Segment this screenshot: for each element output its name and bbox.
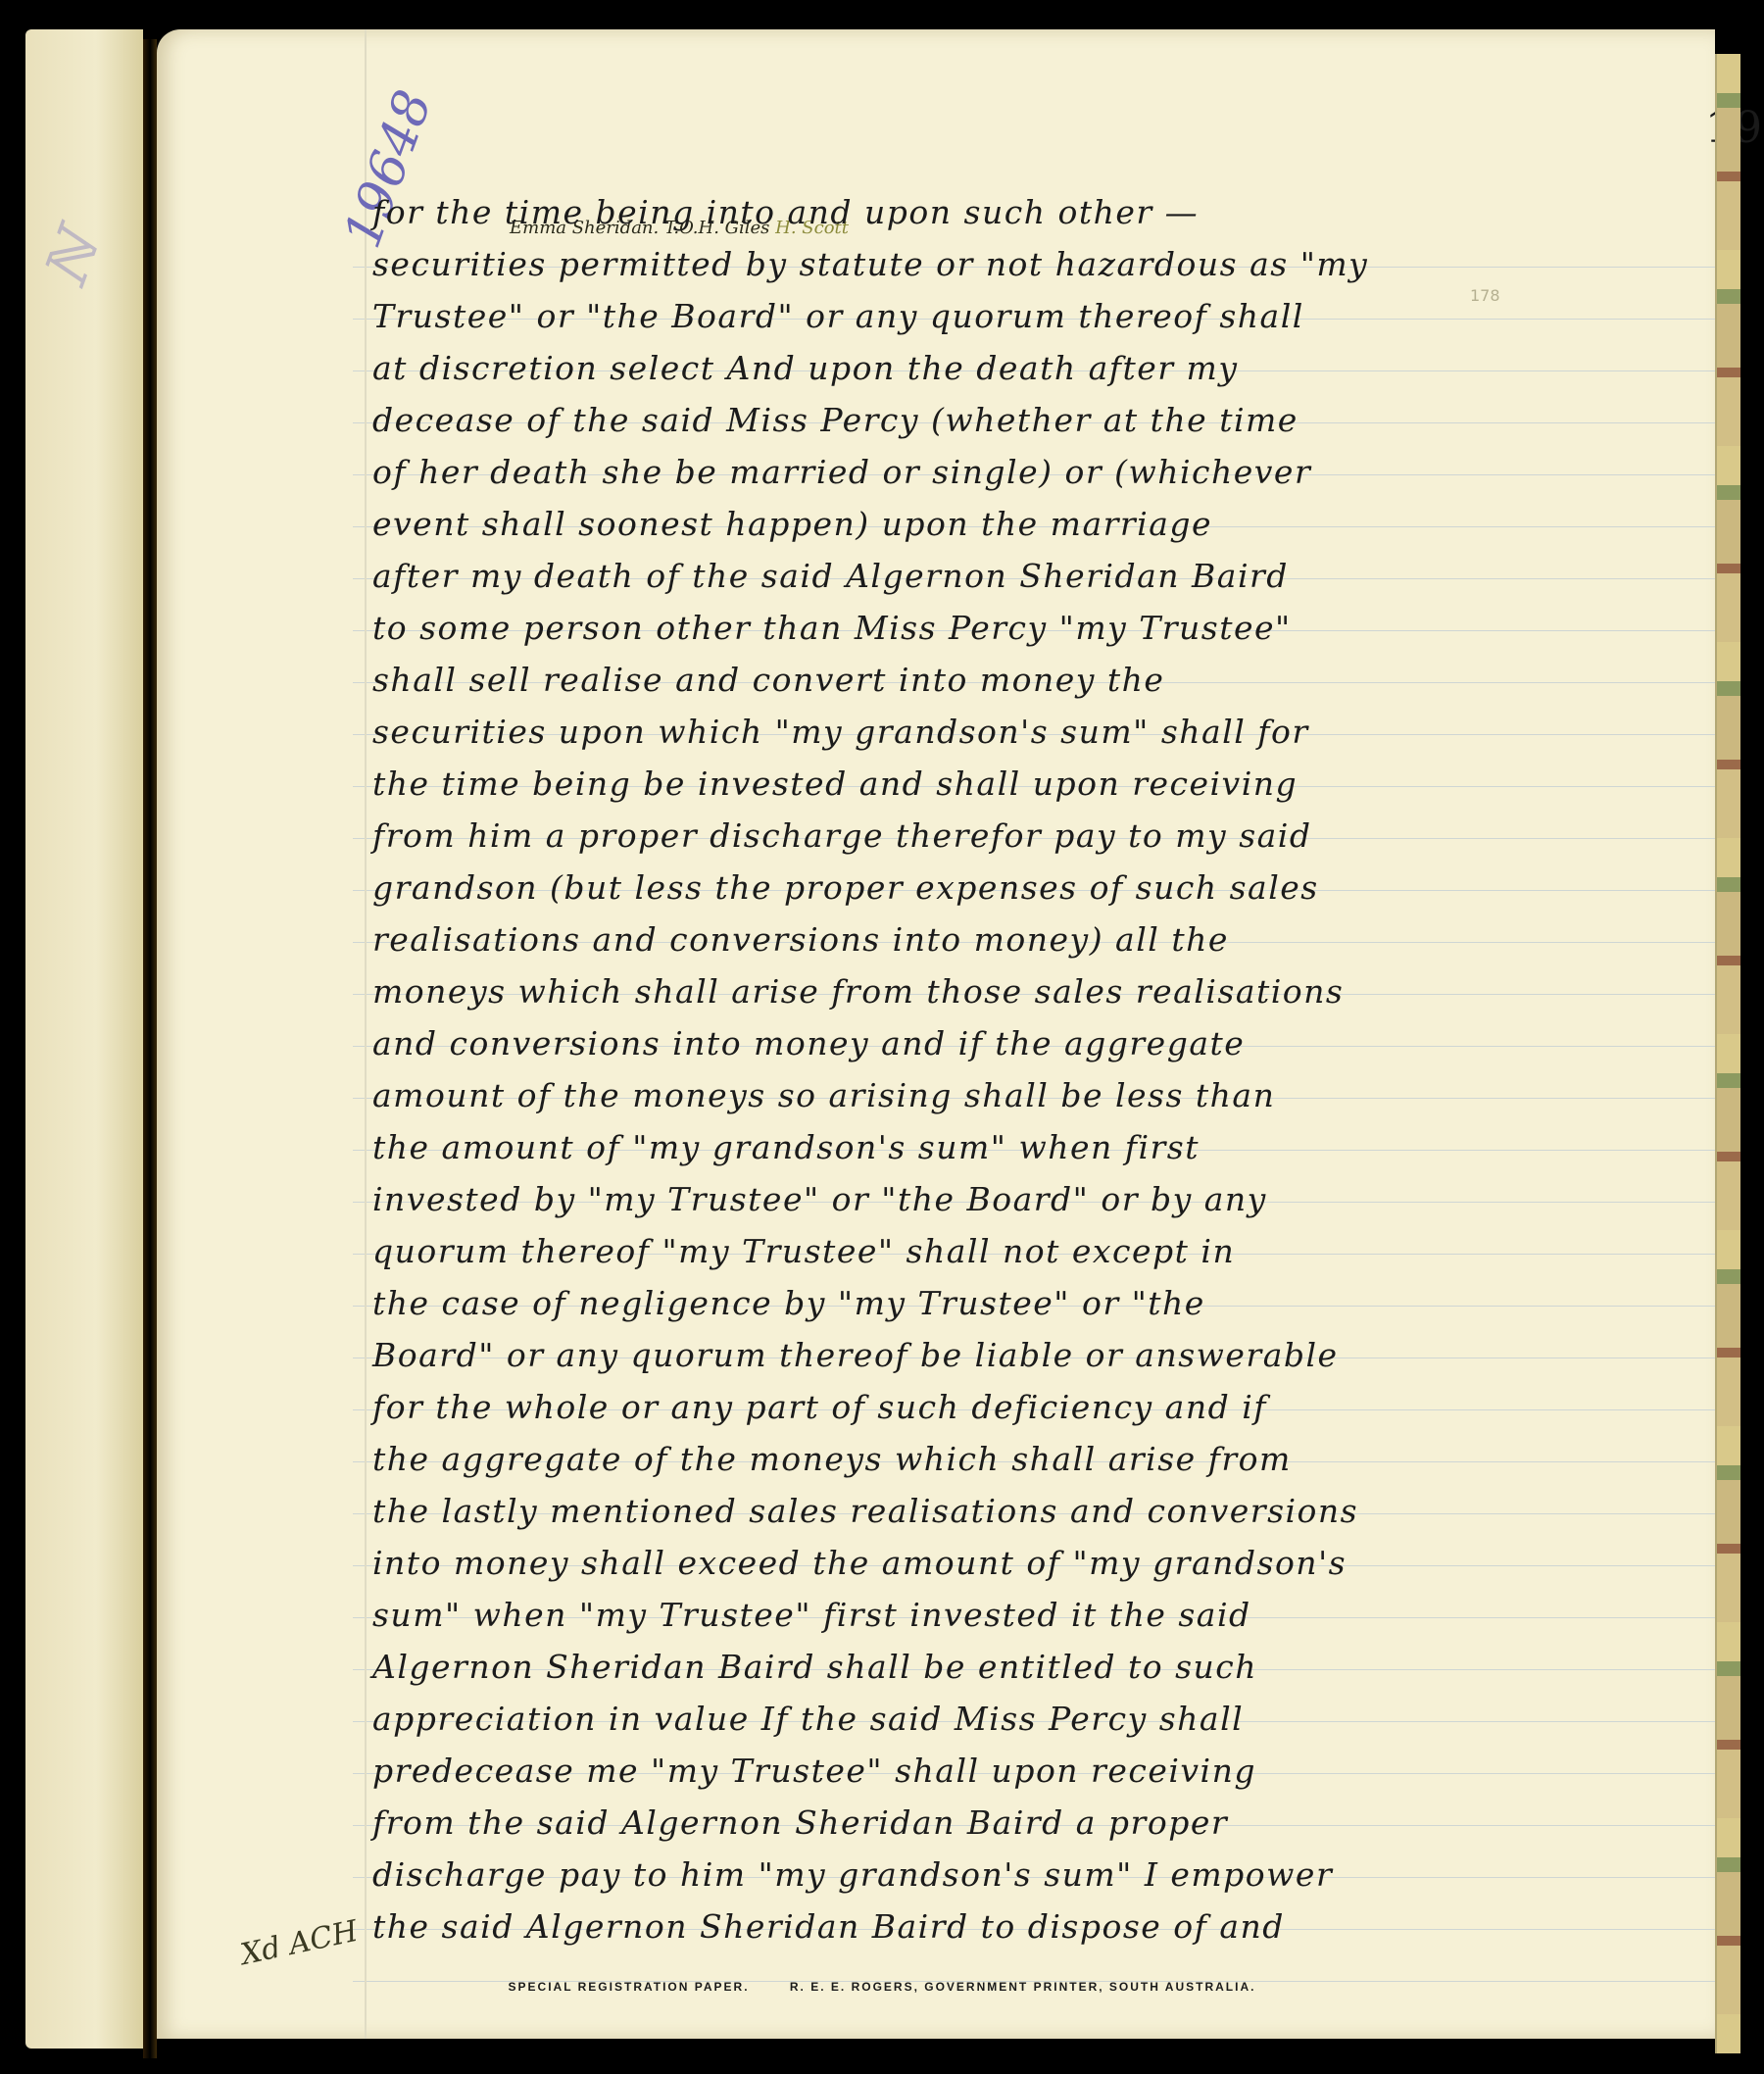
text-line: the aggregate of the moneys which shall … xyxy=(372,1433,1529,1485)
text-line: the lastly mentioned sales realisations … xyxy=(372,1485,1529,1537)
text-line: Board" or any quorum thereof be liable o… xyxy=(372,1329,1529,1381)
text-line: the said Algernon Sheridan Baird to disp… xyxy=(372,1901,1529,1952)
text-line: shall sell realise and convert into mone… xyxy=(372,654,1529,706)
text-line: amount of the moneys so arising shall be… xyxy=(372,1069,1529,1121)
text-line: quorum thereof "my Trustee" shall not ex… xyxy=(372,1225,1529,1277)
left-margin-rule xyxy=(365,29,367,2039)
ghost-margin-note: ℕ xyxy=(30,222,114,296)
text-line: sum" when "my Trustee" first invested it… xyxy=(372,1589,1529,1641)
text-line: predecease me "my Trustee" shall upon re… xyxy=(372,1745,1529,1797)
text-line: appreciation in value If the said Miss P… xyxy=(372,1693,1529,1745)
printer-footer: SPECIAL REGISTRATION PAPER. R. E. E. ROG… xyxy=(0,1980,1764,1994)
text-line: the amount of "my grandson's sum" when f… xyxy=(372,1121,1529,1173)
text-line: from the said Algernon Sheridan Baird a … xyxy=(372,1797,1529,1849)
text-line: of her death she be married or single) o… xyxy=(372,446,1529,498)
text-line: at discretion select And upon the death … xyxy=(372,342,1529,394)
text-line: Trustee" or "the Board" or any quorum th… xyxy=(372,290,1529,342)
text-line: discharge pay to him "my grandson's sum"… xyxy=(372,1849,1529,1901)
text-line: the time being be invested and shall upo… xyxy=(372,758,1529,810)
text-line: and conversions into money and if the ag… xyxy=(372,1017,1529,1069)
handwritten-text: for the time being into and upon such ot… xyxy=(372,186,1529,1952)
text-line: moneys which shall arise from those sale… xyxy=(372,965,1529,1017)
book-gutter xyxy=(143,39,157,2058)
facing-page: ℕ xyxy=(25,29,143,2049)
text-line: realisations and conversions into money)… xyxy=(372,914,1529,965)
page-edges xyxy=(1715,54,1740,2053)
footer-paper-label: SPECIAL REGISTRATION PAPER. xyxy=(509,1980,750,1994)
text-line: event shall soonest happen) upon the mar… xyxy=(372,498,1529,550)
text-line: invested by "my Trustee" or "the Board" … xyxy=(372,1173,1529,1225)
text-line: from him a proper discharge therefor pay… xyxy=(372,810,1529,862)
text-line: after my death of the said Algernon Sher… xyxy=(372,550,1529,602)
text-line: for the time being into and upon such ot… xyxy=(372,186,1529,238)
text-line: securities permitted by statute or not h… xyxy=(372,238,1529,290)
text-line: the case of negligence by "my Trustee" o… xyxy=(372,1277,1529,1329)
text-line: for the whole or any part of such defici… xyxy=(372,1381,1529,1433)
text-line: Algernon Sheridan Baird shall be entitle… xyxy=(372,1641,1529,1693)
text-line: to some person other than Miss Percy "my… xyxy=(372,602,1529,654)
text-line: decease of the said Miss Percy (whether … xyxy=(372,394,1529,446)
footer-printer-label: R. E. E. ROGERS, GOVERNMENT PRINTER, SOU… xyxy=(790,1980,1256,1994)
text-line: securities upon which "my grandson's sum… xyxy=(372,706,1529,758)
text-line: into money shall exceed the amount of "m… xyxy=(372,1537,1529,1589)
text-line: grandson (but less the proper expenses o… xyxy=(372,862,1529,914)
